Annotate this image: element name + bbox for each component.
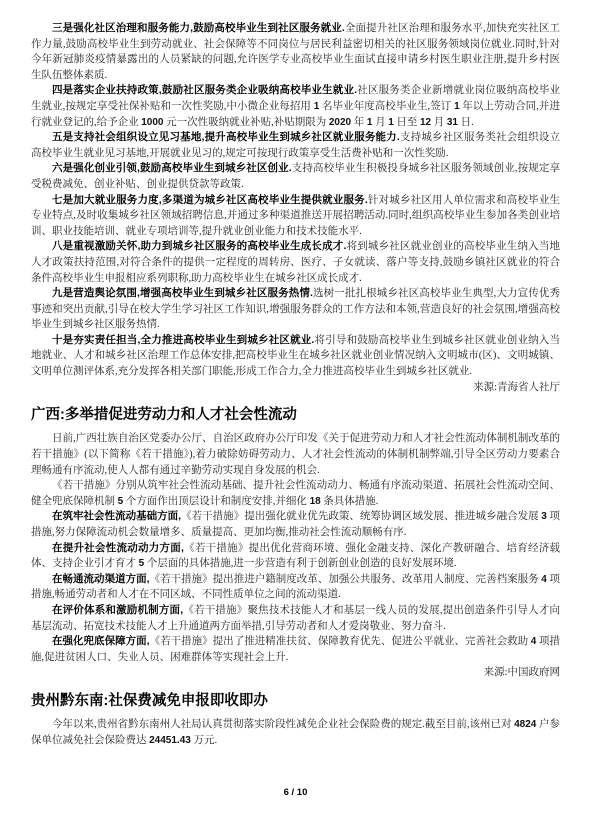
paragraph-text: 《若干措施》分别从筑牢社会性流动基础、提升社会性流动动力、畅通有序流动渠道、拓展… (31, 480, 560, 507)
article-section: 三是强化社区治理和服务能力,鼓励高校毕业生到社区服务就业.全面提升社区治理和服务… (31, 21, 560, 395)
article-paragraph: 今年以来,贵州省黔东南州人社局认真贯彻落实阶段性减免企业社会保险费的规定.截至目… (31, 717, 560, 748)
source-attribution: 来源:中国政府网 (31, 665, 560, 681)
article-paragraph: 十是夯实责任担当,全力推进高校毕业生到城乡社区就业.将引导和鼓励高校毕业生到城乡… (31, 333, 560, 380)
paragraph-lead: 八是重视激励关怀,助力到城乡社区服务的高校毕业生成长成才. (52, 240, 346, 252)
page-number: 6 / 10 (0, 785, 591, 801)
numeric-figure: 24451.43 (149, 735, 191, 746)
document-page-content: 三是强化社区治理和服务能力,鼓励高校毕业生到社区服务就业.全面提升社区治理和服务… (31, 21, 560, 748)
section-title: 贵州黔东南:社保费减免申报即收即办 (31, 692, 560, 710)
paragraph-lead: 七是加大就业服务力度,多渠道为城乡社区高校毕业生提供就业服务. (52, 194, 368, 206)
paragraph-lead: 五是支持社会组织设立见习基地,提升高校毕业生到城乡社区就业服务能力. (52, 131, 400, 143)
article-paragraph: 在筑牢社会性流动基础方面,《若干措施》提出强化就业优先政策、统筹协调区域发展、推… (31, 509, 560, 540)
paragraph-lead: 十是夯实责任担当,全力推进高校毕业生到城乡社区就业. (52, 334, 314, 346)
paragraph-lead: 四是落实企业扶持政策,鼓励社区服务类企业吸纳高校毕业生就业. (52, 84, 357, 96)
numeric-figure: 18 (310, 496, 321, 507)
numeric-figure: 1000 (141, 117, 163, 128)
article-paragraph: 在强化兜底保障方面,《若干措施》提出了推进精准扶贫、保障教育优先、促进公平就业、… (31, 634, 560, 665)
article-paragraph: 七是加大就业服务力度,多渠道为城乡社区高校毕业生提供就业服务.针对城乡社区用人单… (31, 193, 560, 240)
paragraph-text: 日前,广西壮族自治区党委办公厅、自治区政府办公厅印发《关于促进劳动力和人才社会性… (31, 433, 560, 475)
paragraph-lead: 在强化兜底保障方面, (52, 635, 150, 647)
document-page: 三是强化社区治理和服务能力,鼓励高校毕业生到社区服务就业.全面提升社区治理和服务… (0, 0, 591, 817)
article-paragraph: 在评价体系和激励机制方面,《若干措施》聚焦技术技能人才和基层一线人员的发展,提出… (31, 603, 560, 634)
paragraph-text: 今年以来,贵州省黔东南州人社局认真贯彻落实阶段性减免企业社会保险费的规定.截至目… (31, 719, 560, 746)
numeric-figure: 31 (447, 117, 458, 128)
source-attribution: 来源:青海省人社厅 (31, 380, 560, 396)
paragraph-lead: 在评价体系和激励机制方面, (52, 604, 183, 616)
paragraph-lead: 六是强化创业引领,鼓励高校毕业生到城乡社区创业. (52, 162, 292, 174)
numeric-figure: 2020 (329, 117, 351, 128)
numeric-figure: 3 (541, 511, 547, 522)
article-paragraph: 在提升社会性流动动力方面,《若干措施》提出优化营商环境、强化金融支持、深化产教研… (31, 541, 560, 572)
numeric-figure: 1 (454, 101, 460, 112)
numeric-figure: 1 (314, 101, 320, 112)
numeric-figure: 4 (531, 636, 537, 647)
article-section: 贵州黔东南:社保费减免申报即收即办今年以来,贵州省黔东南州人社局认真贯彻落实阶段… (31, 692, 560, 748)
numeric-figure: 4824 (514, 719, 536, 730)
paragraph-lead: 九是营造舆论氛围,增强高校毕业生到城乡社区服务热情. (52, 287, 313, 299)
article-paragraph: 五是支持社会组织设立见习基地,提升高校毕业生到城乡社区就业服务能力.支持城乡社区… (31, 130, 560, 161)
paragraph-lead: 在畅通流动渠道方面, (52, 573, 150, 585)
article-paragraph: 《若干措施》分别从筑牢社会性流动基础、提升社会性流动动力、畅通有序流动渠道、拓展… (31, 478, 560, 509)
article-paragraph: 八是重视激励关怀,助力到城乡社区服务的高校毕业生成长成才.将到城乡社区就业创业的… (31, 239, 560, 286)
numeric-figure: 5 (139, 558, 145, 569)
article-paragraph: 九是营造舆论氛围,增强高校毕业生到城乡社区服务热情.选树一批扎根城乡社区高校毕业… (31, 286, 560, 333)
numeric-figure: 5 (118, 496, 124, 507)
article-paragraph: 三是强化社区治理和服务能力,鼓励高校毕业生到社区服务就业.全面提升社区治理和服务… (31, 21, 560, 83)
section-title: 广西:多举措促进劳动力和人才社会性流动 (31, 406, 560, 424)
article-section: 广西:多举措促进劳动力和人才社会性流动日前,广西壮族自治区党委办公厅、自治区政府… (31, 406, 560, 681)
numeric-figure: 1 (367, 117, 373, 128)
numeric-figure: 1 (388, 117, 394, 128)
paragraph-lead: 在筑牢社会性流动基础方面, (52, 510, 181, 522)
numeric-figure: 12 (420, 117, 431, 128)
paragraph-lead: 三是强化社区治理和服务能力,鼓励高校毕业生到社区服务就业. (52, 22, 345, 34)
article-paragraph: 六是强化创业引领,鼓励高校毕业生到城乡社区创业.支持高校毕业生积极投身城乡社区服… (31, 161, 560, 192)
article-paragraph: 在畅通流动渠道方面,《若干措施》提出推进户籍制度改革、加强公共服务、改革用人制度… (31, 572, 560, 603)
paragraph-lead: 在提升社会性流动动力方面, (52, 542, 184, 554)
article-paragraph: 四是落实企业扶持政策,鼓励社区服务类企业吸纳高校毕业生就业.社区服务类企业新增就… (31, 83, 560, 130)
numeric-figure: 4 (541, 574, 547, 585)
article-paragraph: 日前,广西壮族自治区党委办公厅、自治区政府办公厅印发《关于促进劳动力和人才社会性… (31, 431, 560, 478)
